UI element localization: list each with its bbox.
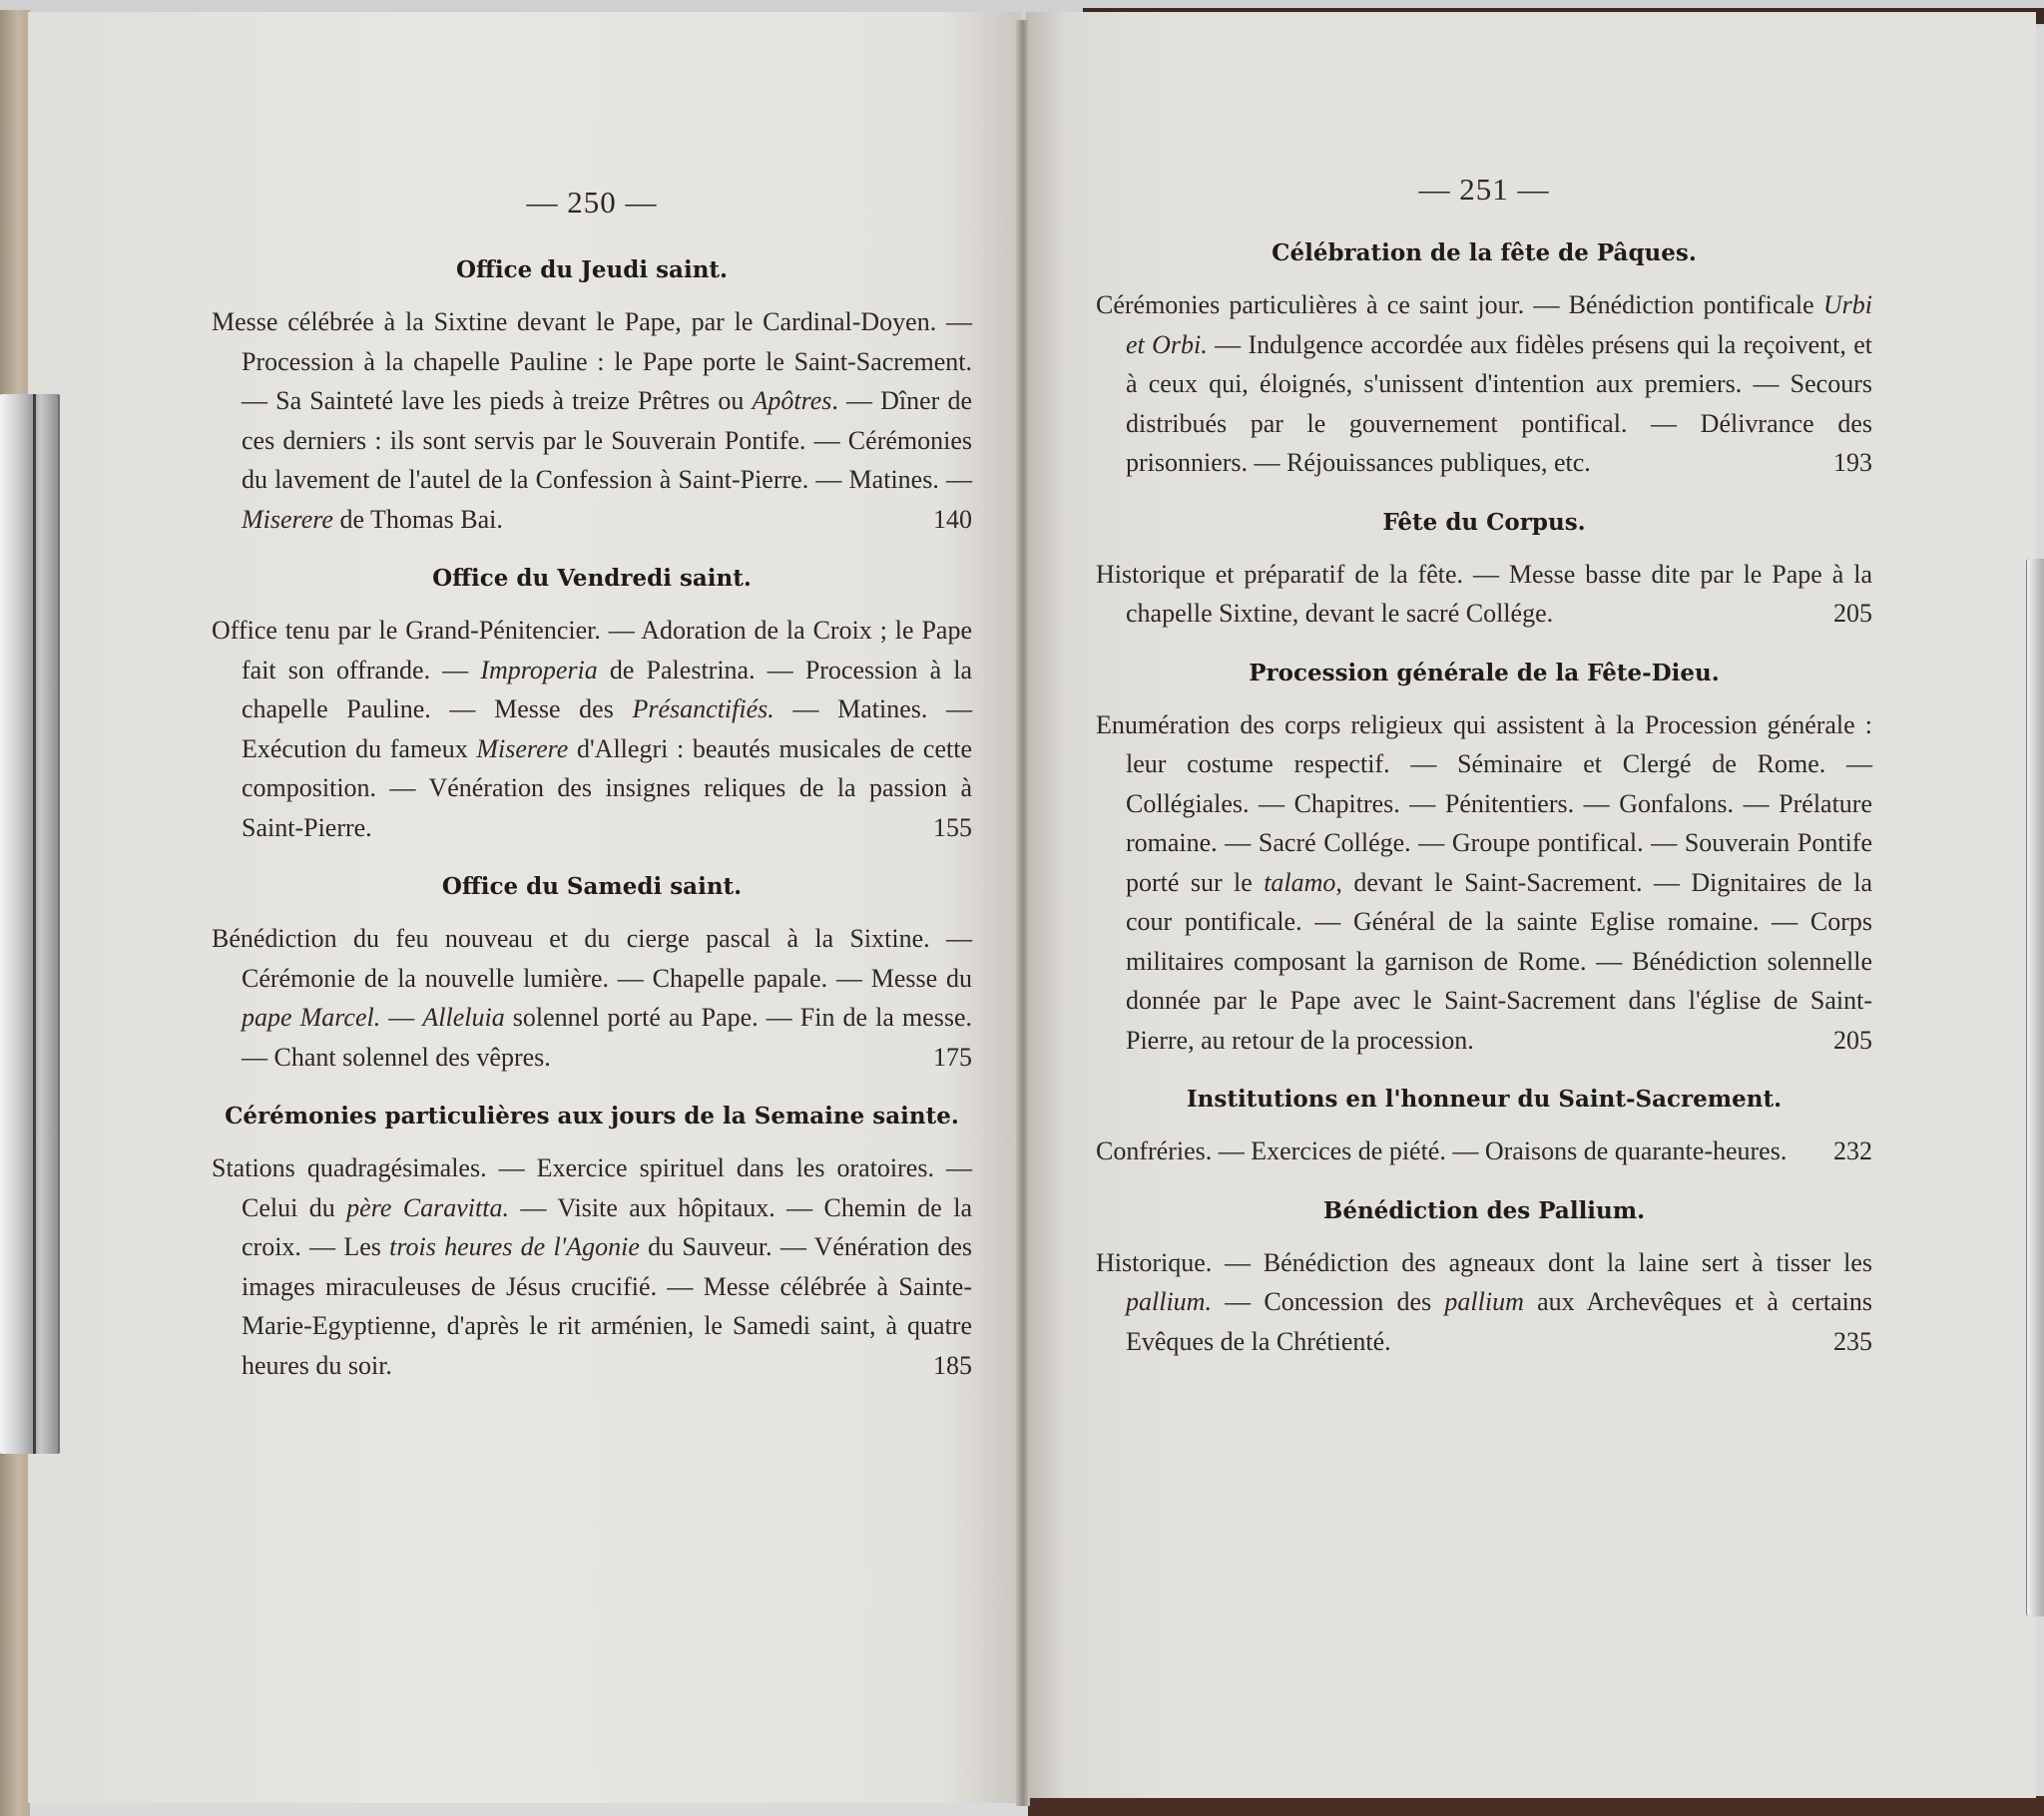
section-title: Office du Vendredi saint. bbox=[212, 561, 972, 597]
toc-entry: Stations quadragésimales. — Exercice spi… bbox=[212, 1148, 972, 1385]
italic-text: Improperia bbox=[480, 656, 597, 684]
entry-text: — Indulgence accordée aux fidèles présen… bbox=[1126, 330, 1872, 478]
entry-text: Confréries. — Exercices de piété. — Orai… bbox=[1096, 1136, 1787, 1165]
toc-entry: Enumération des corps religieux qui assi… bbox=[1096, 705, 1872, 1061]
italic-text: Apôtres bbox=[752, 386, 831, 415]
page-reference: 185 bbox=[933, 1346, 972, 1386]
italic-text: pallium. bbox=[1126, 1287, 1212, 1316]
right-page-content: — 251 — Célébration de la fête de Pâques… bbox=[1096, 172, 1872, 1383]
page-clip-left bbox=[0, 394, 60, 1454]
section-title: Bénédiction des Pallium. bbox=[1096, 1193, 1872, 1229]
section-title: Office du Jeudi saint. bbox=[212, 252, 972, 288]
italic-text: Alleluia bbox=[422, 1003, 504, 1032]
italic-text: Présanctifiés. bbox=[633, 694, 774, 723]
entry-text: Cérémonies particulières à ce saint jour… bbox=[1096, 290, 1823, 319]
toc-sections: Célébration de la fête de Pâques.Cérémon… bbox=[1096, 235, 1872, 1361]
toc-entry: Bénédiction du feu nouveau et du cierge … bbox=[212, 919, 972, 1077]
page-reference: 193 bbox=[1833, 443, 1872, 483]
page-reference: 140 bbox=[933, 500, 972, 540]
page-number: — 250 — bbox=[212, 185, 972, 221]
book-gutter bbox=[1016, 20, 1030, 1806]
page-number: — 251 — bbox=[1096, 172, 1872, 208]
toc-sections: Office du Jeudi saint.Messe célébrée à l… bbox=[212, 252, 972, 1385]
section-title: Cérémonies particulières aux jours de la… bbox=[212, 1099, 972, 1135]
entry-text: Bénédiction du feu nouveau et du cierge … bbox=[212, 924, 972, 993]
section-title: Procession générale de la Fête-Dieu. bbox=[1096, 656, 1872, 691]
section-title: Célébration de la fête de Pâques. bbox=[1096, 235, 1872, 271]
italic-text: trois heures de l'Agonie bbox=[389, 1232, 640, 1261]
section-title: Fête du Corpus. bbox=[1096, 505, 1872, 541]
section-title: Institutions en l'honneur du Saint-Sacre… bbox=[1096, 1082, 1872, 1118]
entry-text: — bbox=[380, 1003, 422, 1032]
italic-text: père Caravitta. bbox=[346, 1193, 509, 1222]
page-reference: 155 bbox=[933, 808, 972, 848]
left-page-content: — 250 — Office du Jeudi saint.Messe célé… bbox=[212, 185, 972, 1407]
italic-text: Miserere bbox=[242, 505, 333, 534]
page-reference: 205 bbox=[1833, 1021, 1872, 1061]
page-reference: 205 bbox=[1833, 594, 1872, 634]
toc-entry: Historique. — Bénédiction des agneaux do… bbox=[1096, 1243, 1872, 1362]
entry-text: de Thomas Bai. bbox=[333, 505, 503, 534]
page-reference: 175 bbox=[933, 1038, 972, 1078]
page-clip-left-groove bbox=[33, 394, 36, 1454]
toc-entry: Messe célébrée à la Sixtine devant le Pa… bbox=[212, 302, 972, 539]
toc-entry: Confréries. — Exercices de piété. — Orai… bbox=[1096, 1132, 1872, 1171]
page-reference: 235 bbox=[1833, 1322, 1872, 1362]
entry-text: Historique. — Bénédiction des agneaux do… bbox=[1096, 1248, 1872, 1277]
italic-text: talamo bbox=[1264, 868, 1335, 897]
toc-entry: Office tenu par le Grand-Pénitencier. — … bbox=[212, 611, 972, 847]
book-cover-bottom-edge bbox=[1028, 1796, 2044, 1816]
page-clip-right bbox=[2026, 559, 2044, 1616]
italic-text: pallium bbox=[1444, 1287, 1523, 1316]
page-reference: 232 bbox=[1833, 1132, 1872, 1171]
entry-text: — Concession des bbox=[1212, 1287, 1444, 1316]
italic-text: Miserere bbox=[476, 734, 568, 763]
italic-text: pape Marcel. bbox=[242, 1003, 380, 1032]
section-title: Office du Samedi saint. bbox=[212, 869, 972, 905]
toc-entry: Cérémonies particulières à ce saint jour… bbox=[1096, 285, 1872, 483]
entry-text: Historique et préparatif de la fête. — M… bbox=[1096, 560, 1872, 629]
toc-entry: Historique et préparatif de la fête. — M… bbox=[1096, 555, 1872, 634]
